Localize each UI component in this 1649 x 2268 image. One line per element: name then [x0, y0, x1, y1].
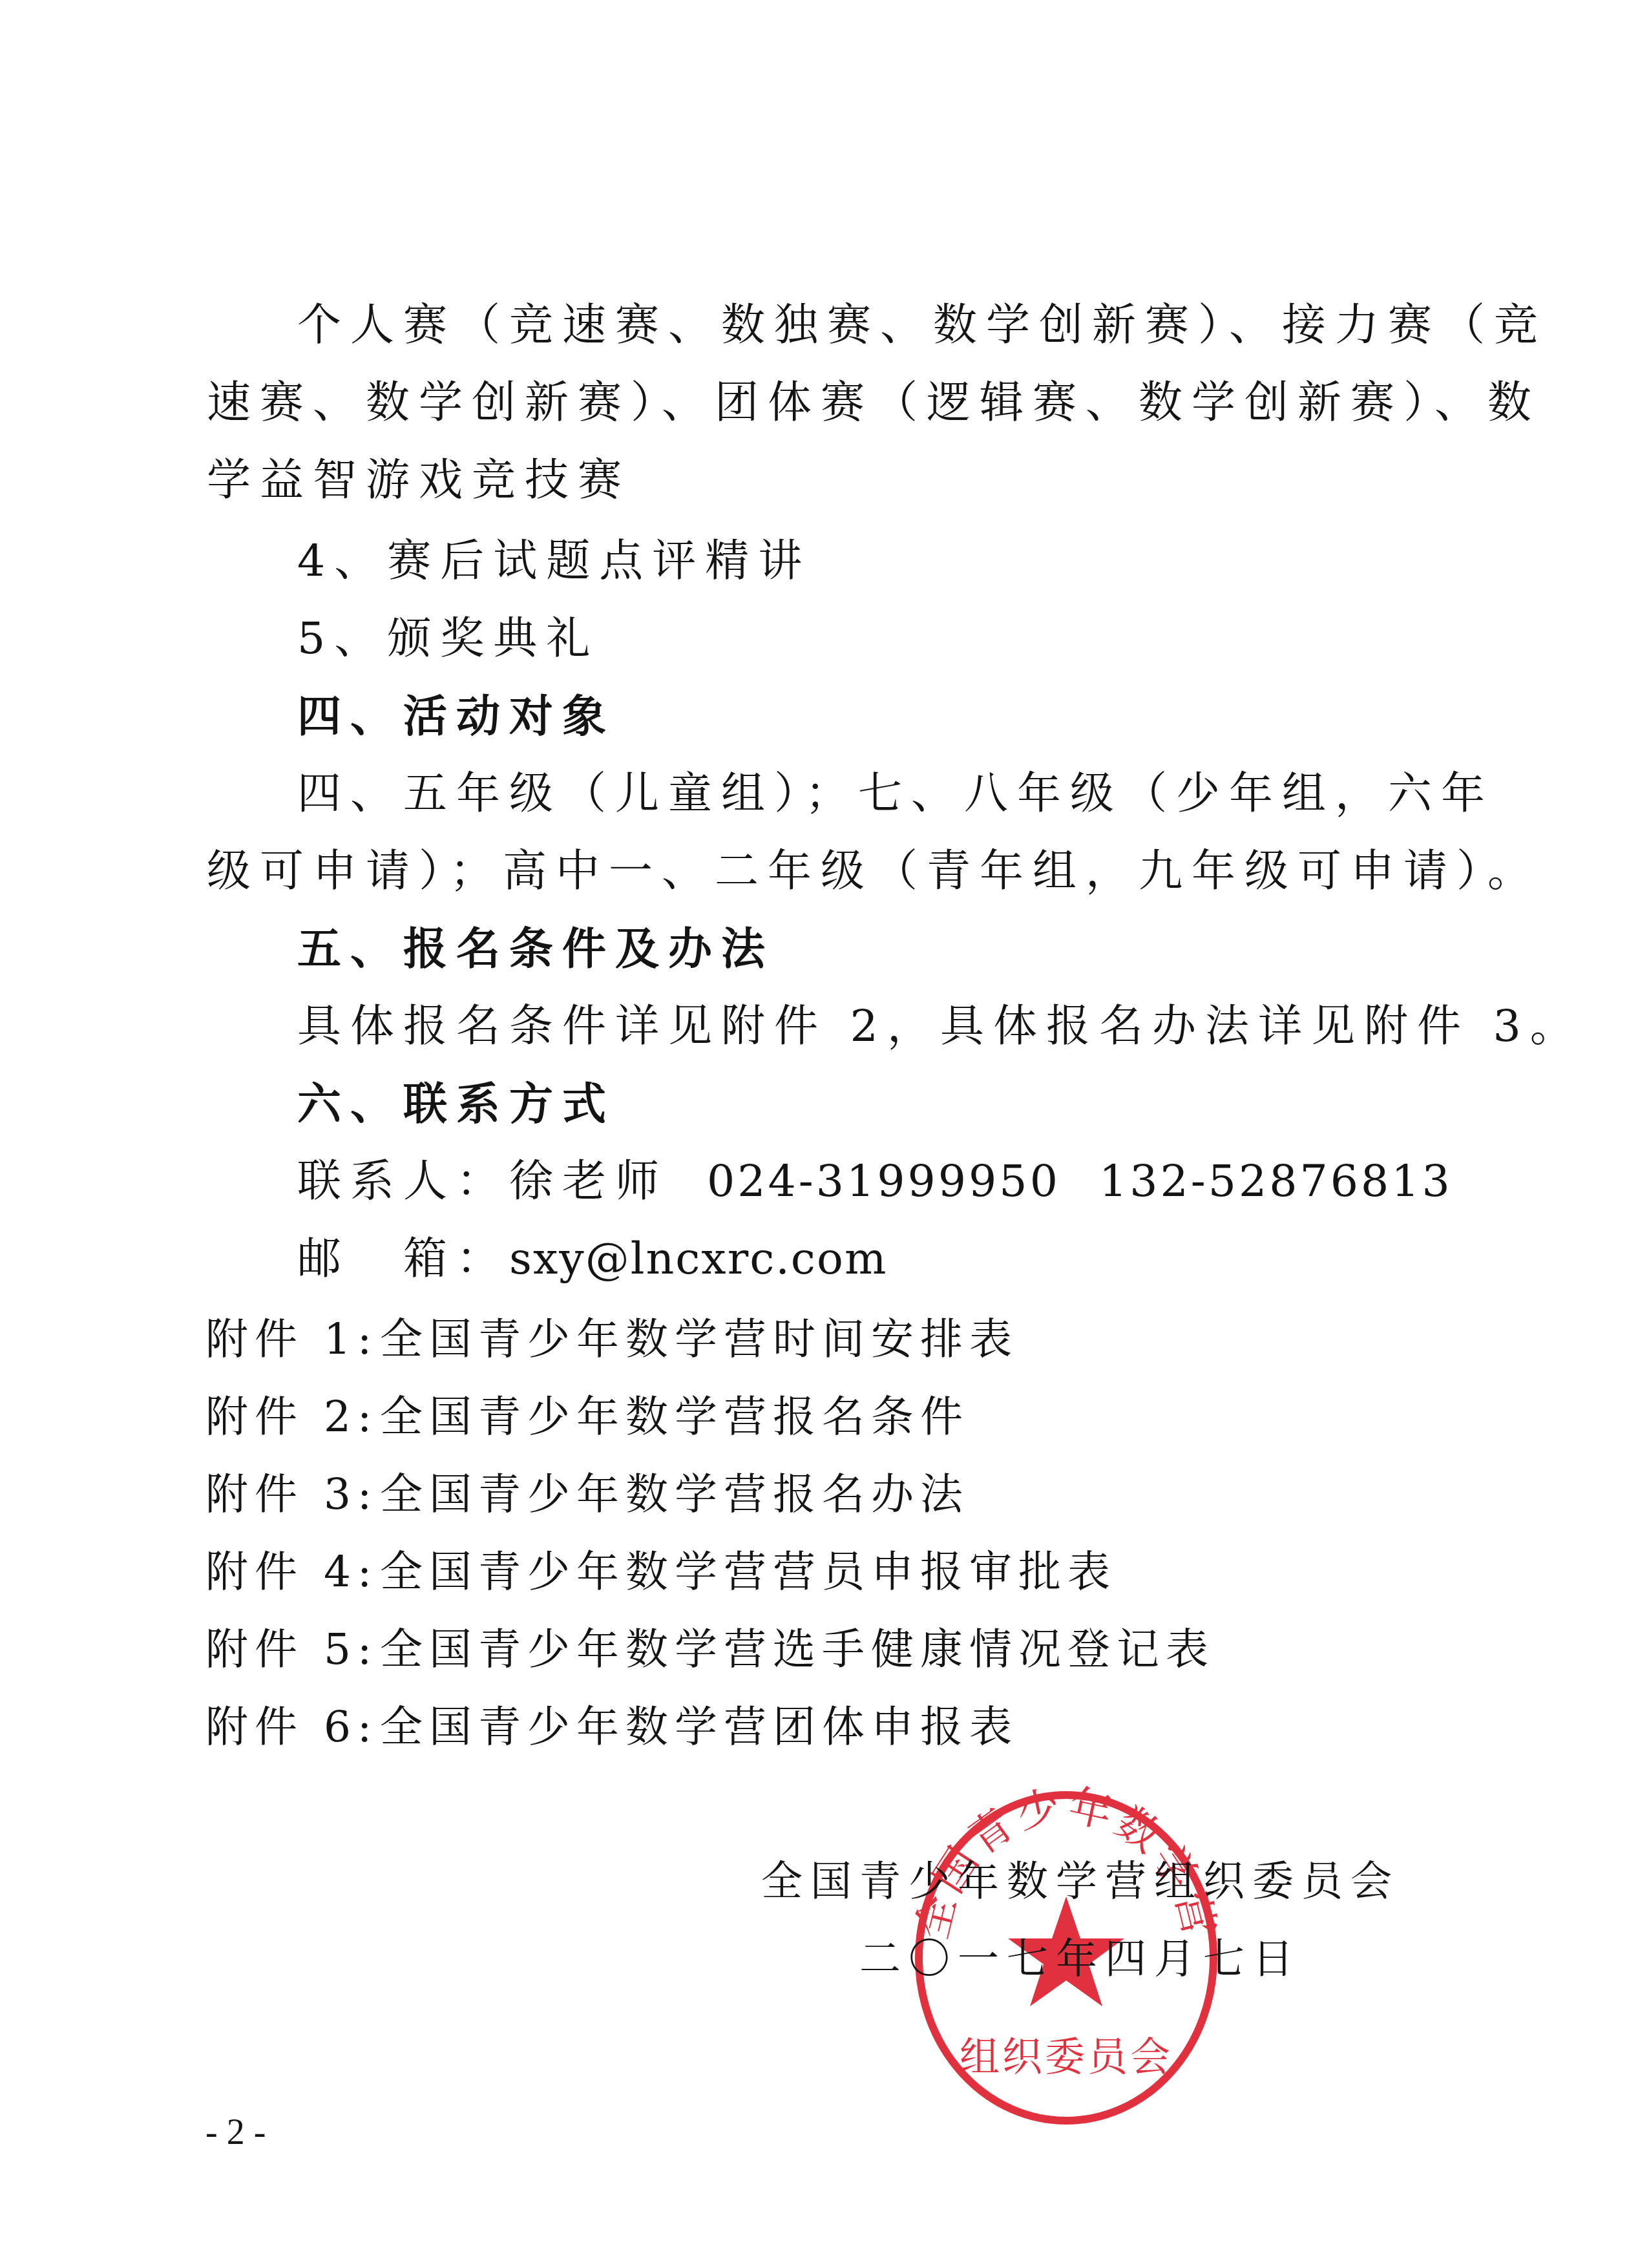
page-number: - 2 -: [205, 2112, 266, 2153]
email-label: 邮 箱：: [297, 1234, 509, 1285]
attachment-item: 附件 2:全国青少年数学营报名条件: [205, 1396, 969, 1438]
attachment-number: 附件 1:: [205, 1318, 380, 1361]
section-4-text-line-2: 级可申请）；高中一、二年级（青年组，九年级可申请）。: [207, 850, 1540, 894]
item-4-review: 4、赛后试题点评精讲: [297, 540, 811, 583]
signature-organization: 全国青少年数学营组织委员会: [761, 1861, 1400, 1902]
attachment-number: 附件 5:: [205, 1628, 380, 1671]
stamp-bottom-text: 组织委员会: [960, 2033, 1173, 2081]
attachment-item: 附件 6:全国青少年数学营团体申报表: [205, 1706, 1018, 1748]
contact-line: 联系人：徐老师024-31999950132-52876813: [297, 1160, 1453, 1204]
attachment-item: 附件 3:全国青少年数学营报名办法: [205, 1473, 969, 1516]
attachment-title: 全国青少年数学营团体申报表: [380, 1702, 1018, 1752]
attachment-item: 附件 5:全国青少年数学营选手健康情况登记表: [205, 1628, 1215, 1671]
attachment-item: 附件 1:全国青少年数学营时间安排表: [205, 1318, 1018, 1361]
section-4-text-line-1: 四、五年级（儿童组）；七、八年级（少年组，六年: [297, 772, 1494, 816]
events-paragraph-line-2: 速赛、数学创新赛）、团体赛（逻辑赛、数学创新赛）、数: [207, 381, 1540, 425]
attachment-title: 全国青少年数学营选手健康情况登记表: [380, 1624, 1215, 1674]
events-paragraph-line-1: 个人赛（竞速赛、数独赛、数学创新赛）、接力赛（竞: [297, 304, 1547, 348]
section-5-text: 具体报名条件详见附件 2，具体报名办法详见附件 3。: [297, 1005, 1583, 1049]
attachment-title: 全国青少年数学营报名办法: [380, 1469, 969, 1519]
email-line: 邮 箱：sxy@lncxrc.com: [297, 1237, 887, 1281]
email-link[interactable]: sxy@lncxrc.com: [509, 1234, 887, 1285]
attachment-number: 附件 3:: [205, 1473, 380, 1516]
attachment-number: 附件 6:: [205, 1706, 380, 1748]
section-6-heading: 六、联系方式: [297, 1082, 615, 1126]
attachment-title: 全国青少年数学营报名条件: [380, 1392, 969, 1442]
attachment-title: 全国青少年数学营时间安排表: [380, 1314, 1018, 1364]
signature-date: 二〇一七年四月七日: [859, 1938, 1301, 1980]
events-paragraph-line-3: 学益智游戏竞技赛: [207, 459, 631, 503]
attachment-item: 附件 4:全国青少年数学营营员申报审批表: [205, 1551, 1117, 1593]
attachment-title: 全国青少年数学营营员申报审批表: [380, 1547, 1117, 1597]
item-5-ceremony: 5、颁奖典礼: [297, 617, 599, 661]
contact-phone-2: 132-52876813: [1099, 1156, 1453, 1207]
attachment-number: 附件 2:: [205, 1396, 380, 1438]
contact-phone-1: 024-31999950: [707, 1156, 1060, 1207]
section-5-heading: 五、报名条件及办法: [297, 927, 774, 971]
attachment-number: 附件 4:: [205, 1551, 380, 1593]
contact-person: 联系人：徐老师: [297, 1156, 668, 1207]
section-4-heading: 四、活动对象: [297, 695, 615, 739]
